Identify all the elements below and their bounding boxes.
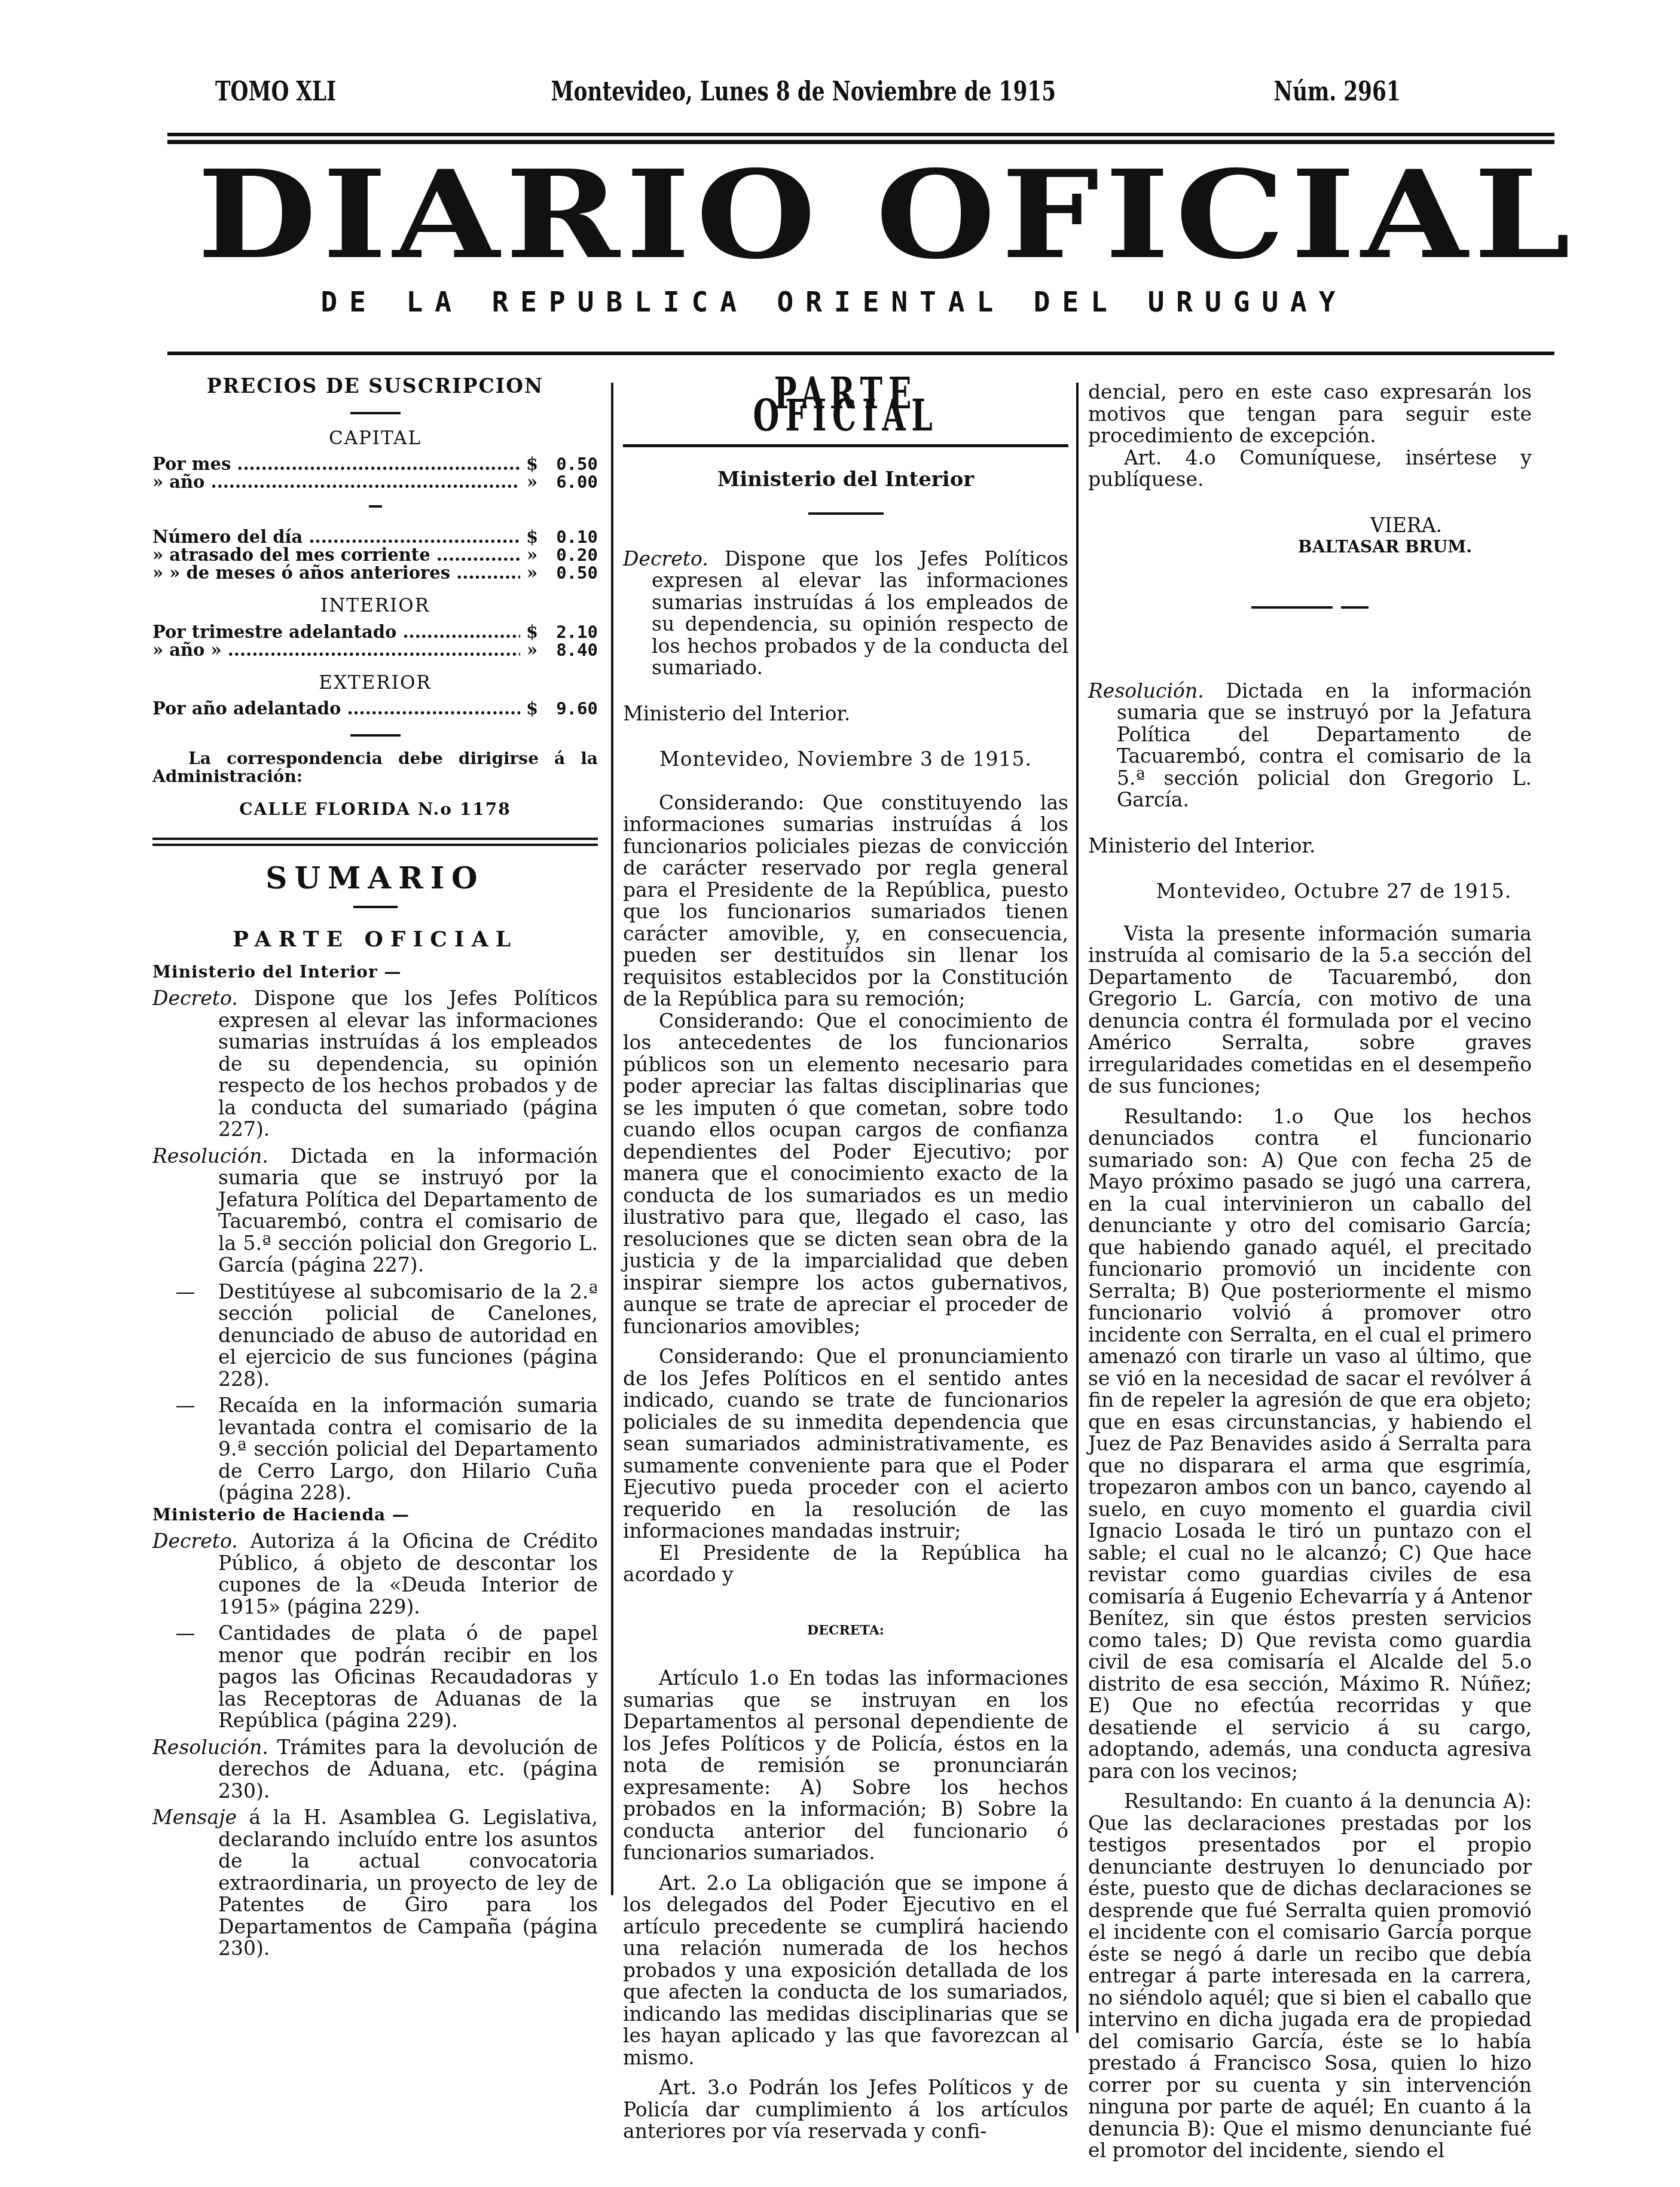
price-amount: 0.10 — [544, 528, 598, 546]
column-divider-right — [1076, 383, 1079, 2033]
sumario-entry-kind: Mensaje — [152, 1806, 237, 1829]
price-row: » año »»8.40 — [152, 641, 598, 659]
price-row: Por mes$0.50 — [152, 455, 598, 473]
price-currency: » — [520, 473, 544, 491]
middle-column: PARTE OFICIAL Ministerio del Interior De… — [623, 383, 1068, 2151]
price-label: Por trimestre adelantado — [152, 623, 520, 641]
section-rule — [623, 444, 1068, 447]
header-rule-top — [167, 133, 1554, 136]
decree-articles: Artículo 1.o En todas las informaciones … — [623, 1667, 1068, 2143]
sumario-entry: Resolución. Trámites para la devolución … — [152, 1737, 598, 1803]
interior-price-list: Por trimestre adelantado$2.10» año »»8.4… — [152, 623, 598, 659]
sumario-entry-text: Recaída en la información sumaria levant… — [218, 1394, 598, 1504]
address: CALLE FLORIDA N.o 1178 — [152, 799, 598, 821]
issue-number: Núm. 2961 — [1274, 77, 1401, 107]
exterior-price-list: Por año adelantado$9.60 — [152, 700, 598, 717]
sumario-entry-text: Cantidades de plata ó de papel menor que… — [218, 1621, 598, 1732]
decreto-kind: Decreto. — [623, 547, 708, 570]
masthead-title: DIARIO OFICIAL — [197, 154, 1471, 275]
decreto-summary-text: Dispone que los Jefes Políticos expresen… — [652, 547, 1068, 680]
price-label: Por año adelantado — [152, 700, 520, 717]
divider-segment — [1251, 606, 1333, 609]
price-currency: $ — [520, 623, 544, 641]
resolution-origin: Ministerio del Interior. — [1088, 835, 1532, 857]
signature-president: VIERA. — [1088, 515, 1532, 537]
left-column: PRECIOS DE SUSCRIPCION CAPITAL Por mes$0… — [152, 375, 598, 1960]
price-amount: 0.50 — [544, 455, 598, 473]
right-column: dencial, pero en este caso expresarán lo… — [1088, 381, 1532, 2170]
paragraph: Considerando: Que el pronunciamiento de … — [623, 1346, 1068, 1542]
price-row: » atrasado del mes corriente»0.20 — [152, 546, 598, 564]
masthead-subtitle: DE LA REPUBLICA ORIENTAL DEL URUGUAY — [197, 286, 1471, 318]
price-row: » » de meses ó años anteriores»0.50 — [152, 564, 598, 582]
paragraph: Resultando: En cuanto á la denuncia A): … — [1088, 1791, 1532, 2162]
decree-continuation: dencial, pero en este caso expresarán lo… — [1088, 381, 1532, 447]
divider — [350, 412, 401, 414]
sumario-ministry: Ministerio de Hacienda — — [152, 1504, 598, 1526]
issue-price-list: Número del día$0.10» atrasado del mes co… — [152, 528, 598, 582]
article-4: Art. 4.o Comuníquese, insértese y publíq… — [1088, 447, 1532, 491]
divider — [808, 512, 884, 515]
paragraph: Considerando: Que constituyendo las info… — [623, 792, 1068, 1010]
sumario-entry: —Recaída en la información sumaria levan… — [152, 1395, 598, 1504]
divider — [350, 734, 401, 737]
price-label: Por mes — [152, 455, 520, 473]
correspondence-note: La correspondencia debe dirigirse á la A… — [152, 750, 598, 786]
capital-price-list: Por mes$0.50» año»6.00 — [152, 455, 598, 491]
ministry-heading: Ministerio del Interior — [623, 469, 1068, 491]
sumario-list: Ministerio del Interior —Decreto. Dispon… — [152, 961, 598, 1960]
sumario-entry-text: Dispone que los Jefes Políticos expresen… — [218, 986, 598, 1141]
price-row: Por año adelantado$9.60 — [152, 700, 598, 717]
sumario-section: PARTE OFICIAL — [152, 928, 598, 951]
sumario-entry-kind: Decreto. — [152, 1529, 238, 1553]
sumario-entry-text: Dictada en la información sumaria que se… — [218, 1144, 598, 1277]
price-amount: 6.00 — [544, 473, 598, 491]
sumario-entry-kind: — — [152, 1281, 218, 1303]
sumario-entry: Mensaje á la H. Asamblea G. Legislativa,… — [152, 1807, 598, 1960]
sumario-entry-text: á la H. Asamblea G. Legislativa, declara… — [218, 1806, 598, 1960]
price-amount: 8.40 — [544, 641, 598, 659]
price-row: Número del día$0.10 — [152, 528, 598, 546]
divider — [353, 906, 398, 908]
interior-heading: INTERIOR — [152, 595, 598, 617]
price-amount: 2.10 — [544, 623, 598, 641]
sumario-entry: —Cantidades de plata ó de papel menor qu… — [152, 1623, 598, 1732]
price-label: » » de meses ó años anteriores — [152, 564, 520, 582]
section-rule — [152, 844, 598, 846]
column-divider-left — [611, 383, 613, 1895]
exterior-heading: EXTERIOR — [152, 672, 598, 694]
sumario-entry: Resolución. Dictada en la información su… — [152, 1146, 598, 1276]
divider-segment — [1341, 606, 1369, 609]
capital-heading: CAPITAL — [152, 427, 598, 450]
paragraph: Considerando: Que el conocimiento de los… — [623, 1010, 1068, 1338]
price-currency: » — [520, 641, 544, 659]
decreta-heading: DECRETA: — [623, 1620, 1068, 1642]
decree-date: Montevideo, Noviembre 3 de 1915. — [623, 749, 1068, 771]
sumario-entry-kind: Resolución. — [152, 1144, 268, 1168]
decree-considerandos: Considerando: Que constituyendo las info… — [623, 792, 1068, 1586]
price-amount: 0.50 — [544, 564, 598, 582]
price-amount: 9.60 — [544, 700, 598, 717]
sumario-heading: SUMARIO — [152, 868, 598, 890]
sumario-entry: Decreto. Dispone que los Jefes Políticos… — [152, 988, 598, 1141]
divider — [1088, 606, 1532, 609]
decree-origin: Ministerio del Interior. — [623, 703, 1068, 725]
resolution-date: Montevideo, Octubre 27 de 1915. — [1088, 881, 1532, 903]
section-rule — [152, 838, 598, 840]
volume-number: TOMO XLI — [215, 77, 336, 107]
subscription-heading: PRECIOS DE SUSCRIPCION — [152, 375, 598, 398]
price-currency: $ — [520, 528, 544, 546]
paragraph: Resultando: 1.o Que los hechos denunciad… — [1088, 1106, 1532, 1783]
sumario-entry-text: Autoriza á la Oficina de Crédito Público… — [218, 1529, 598, 1618]
sumario-entry: Decreto. Autoriza á la Oficina de Crédit… — [152, 1531, 598, 1618]
sumario-entry-kind: — — [152, 1395, 218, 1417]
masthead-rule — [167, 352, 1554, 355]
price-currency: » — [520, 564, 544, 582]
price-currency: $ — [520, 455, 544, 473]
price-label: » año » — [152, 641, 520, 659]
price-label: » atrasado del mes corriente — [152, 546, 520, 564]
price-currency: $ — [520, 700, 544, 717]
article: Artículo 1.o En todas las informaciones … — [623, 1667, 1068, 1864]
price-row: » año»6.00 — [152, 473, 598, 491]
price-amount: 0.20 — [544, 546, 598, 564]
paragraph: El Presidente de la República ha acordad… — [623, 1542, 1068, 1586]
dateline: Montevideo, Lunes 8 de Noviembre de 1915 — [551, 77, 1056, 107]
resolution-body: Vista la presente información sumaria in… — [1088, 923, 1532, 2162]
price-currency: » — [520, 546, 544, 564]
article: Art. 2.o La obligación que se impone á l… — [623, 1873, 1068, 2069]
paragraph: Vista la presente información sumaria in… — [1088, 923, 1532, 1098]
article: Art. 3.o Podrán los Jefes Políticos y de… — [623, 2077, 1068, 2143]
sumario-entry: —Destitúyese al subcomisario de la 2.ª s… — [152, 1281, 598, 1391]
sumario-entry-text: Trámites para la devolución de derechos … — [218, 1736, 598, 1803]
issue-header: TOMO XLI Montevideo, Lunes 8 de Noviembr… — [215, 77, 1204, 112]
sumario-entry-text: Destitúyese al subcomisario de la 2.ª se… — [218, 1280, 598, 1391]
resolucion-kind: Resolución. — [1088, 679, 1204, 702]
decreto-summary: Decreto. Dispone que los Jefes Políticos… — [623, 548, 1068, 679]
sumario-ministry: Ministerio del Interior — — [152, 961, 598, 983]
price-label: Número del día — [152, 528, 520, 546]
signature-minister: BALTASAR BRUM. — [1088, 536, 1532, 558]
divider — [369, 505, 382, 508]
resolucion-summary: Resolución. Dictada en la información su… — [1088, 680, 1532, 811]
sumario-entry-kind: — — [152, 1623, 218, 1645]
sumario-entry-kind: Decreto. — [152, 986, 238, 1010]
price-row: Por trimestre adelantado$2.10 — [152, 623, 598, 641]
parte-oficial-heading: PARTE OFICIAL — [690, 383, 1002, 426]
price-label: » año — [152, 473, 520, 491]
sumario-entry-kind: Resolución. — [152, 1736, 268, 1759]
